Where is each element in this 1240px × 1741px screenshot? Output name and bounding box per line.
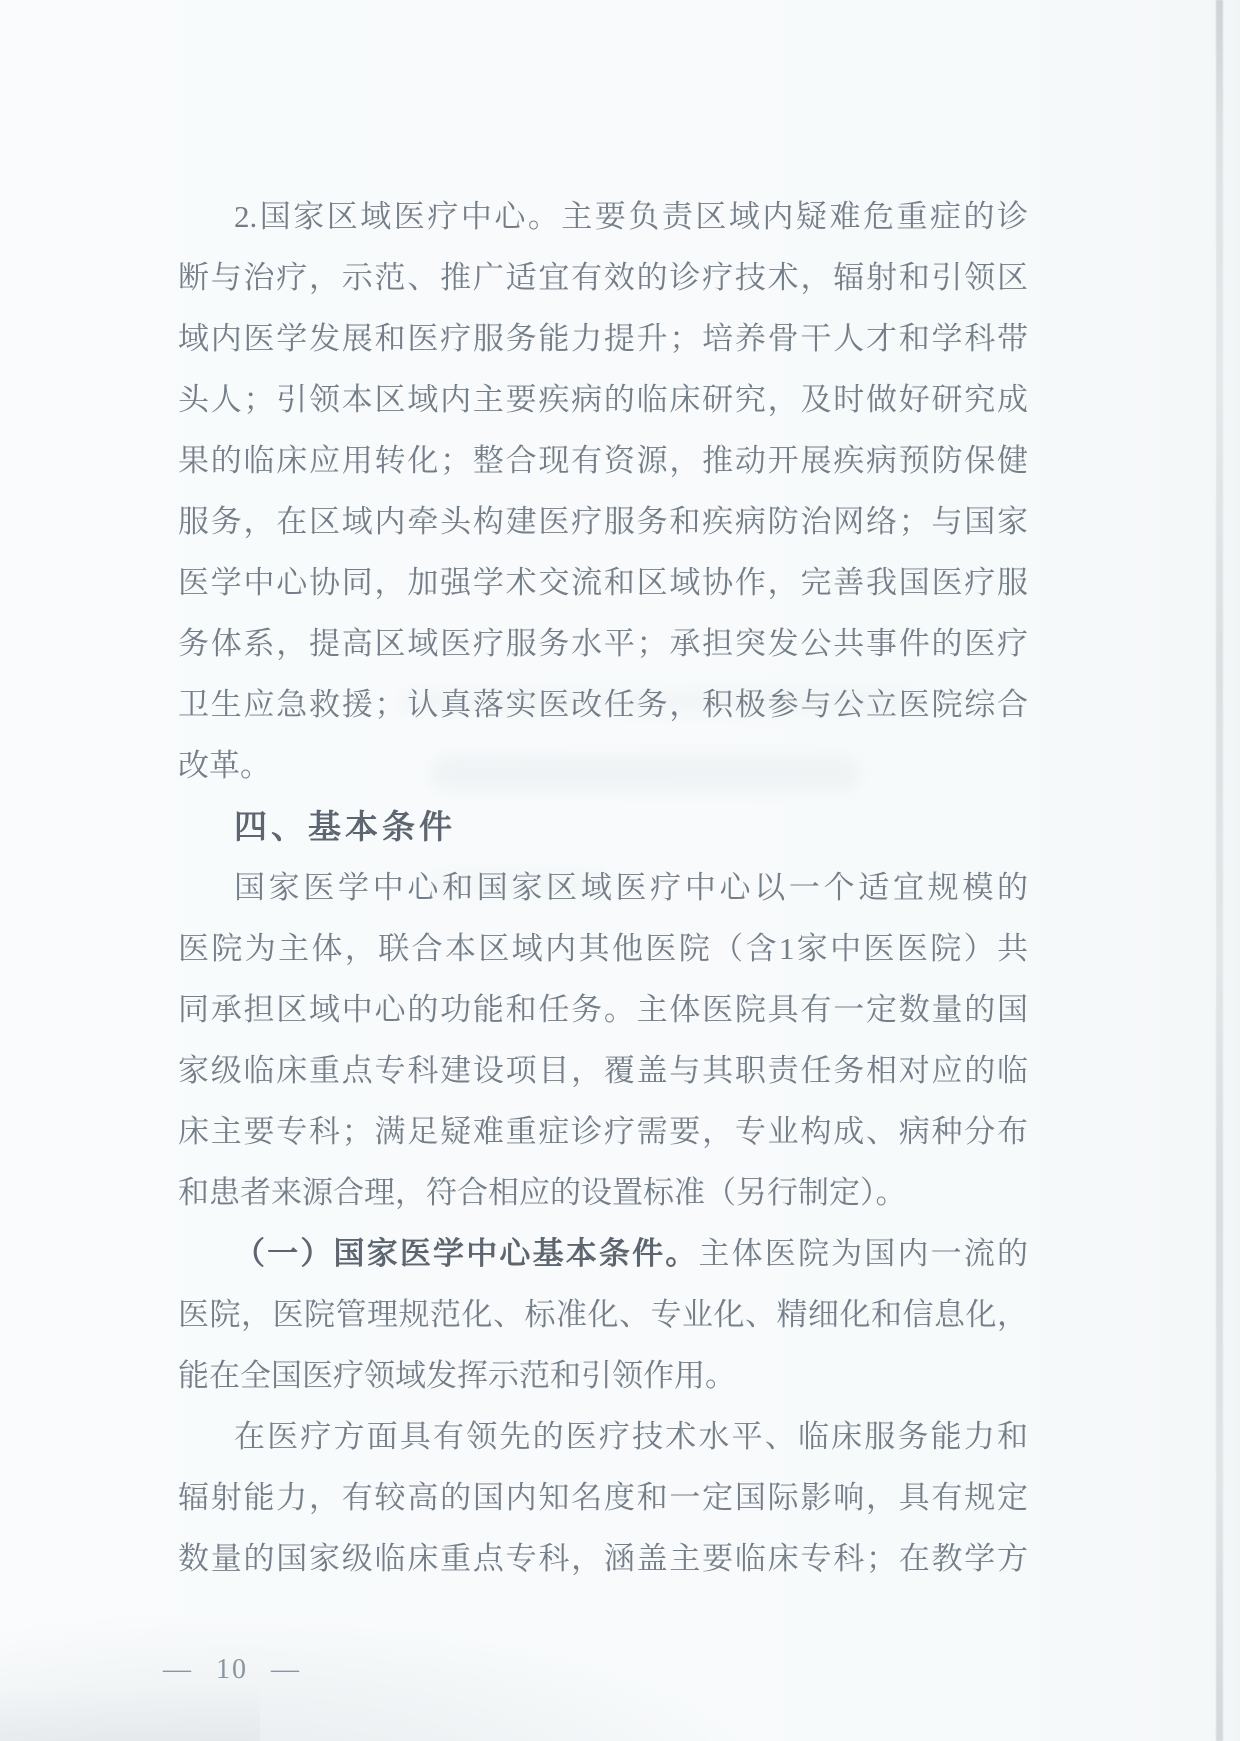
text-line: （一）国家医学中心基本条件。主体医院为国内一流的 (178, 1223, 1028, 1284)
paragraph-lead-bold: （一）国家医学中心基本条件。 (234, 1236, 698, 1271)
text-line: 2.国家区域医疗中心。主要负责区域内疑难危重症的诊 (178, 186, 1028, 247)
section-heading-line: 四、基本条件 (178, 796, 1028, 857)
text-line: 能在全国医疗领域发挥示范和引领作用。 (178, 1345, 1028, 1406)
text-column: 2.国家区域医疗中心。主要负责区域内疑难危重症的诊断与治疗，示范、推广适宜有效的… (178, 186, 1028, 1589)
text-line: 辐射能力，有较高的国内知名度和一定国际影响，具有规定 (178, 1467, 1028, 1528)
corner-shade-artifact (0, 1688, 260, 1741)
text-line: 医院为主体，联合本区域内其他医院（含1家中医医院）共 (178, 918, 1028, 979)
text-line: 务体系，提高区域医疗服务水平；承担突发公共事件的医疗 (178, 613, 1028, 674)
text-line: 果的临床应用转化；整合现有资源，推动开展疾病预防保健 (178, 430, 1028, 491)
text-line: 头人；引领本区域内主要疾病的临床研究，及时做好研究成 (178, 369, 1028, 430)
text-line: 医学中心协同，加强学术交流和区域协作，完善我国医疗服 (178, 552, 1028, 613)
text-line: 和患者来源合理，符合相应的设置标准（另行制定）。 (178, 1162, 1028, 1223)
text-line: 床主要专科；满足疑难重症诊疗需要，专业构成、病种分布 (178, 1101, 1028, 1162)
text-line: 数量的国家级临床重点专科，涵盖主要临床专科；在教学方 (178, 1528, 1028, 1589)
text-line: 在医疗方面具有领先的医疗技术水平、临床服务能力和 (178, 1406, 1028, 1467)
scan-edge-artifact (1216, 0, 1223, 1741)
text-line: 医院，医院管理规范化、标准化、专业化、精细化和信息化， (178, 1284, 1028, 1345)
text-line: 服务，在区域内牵头构建医疗服务和疾病防治网络；与国家 (178, 491, 1028, 552)
text-line: 域内医学发展和医疗服务能力提升；培养骨干人才和学科带 (178, 308, 1028, 369)
text-line: 断与治疗，示范、推广适宜有效的诊疗技术，辐射和引领区 (178, 247, 1028, 308)
text-line: 同承担区域中心的功能和任务。主体医院具有一定数量的国 (178, 979, 1028, 1040)
text-line: 改革。 (178, 735, 1028, 796)
text-line: 国家医学中心和国家区域医疗中心以一个适宜规模的 (178, 857, 1028, 918)
scanned-document-screenshot: { "page": { "footer_display": "— 10 —", … (0, 0, 1240, 1741)
text-line: 卫生应急救援；认真落实医改任务，积极参与公立医院综合 (178, 674, 1028, 735)
document-page: 2.国家区域医疗中心。主要负责区域内疑难危重症的诊断与治疗，示范、推广适宜有效的… (0, 0, 1240, 1741)
text-line: 家级临床重点专科建设项目，覆盖与其职责任务相对应的临 (178, 1040, 1028, 1101)
page-number: — 10 — (163, 1650, 301, 1690)
